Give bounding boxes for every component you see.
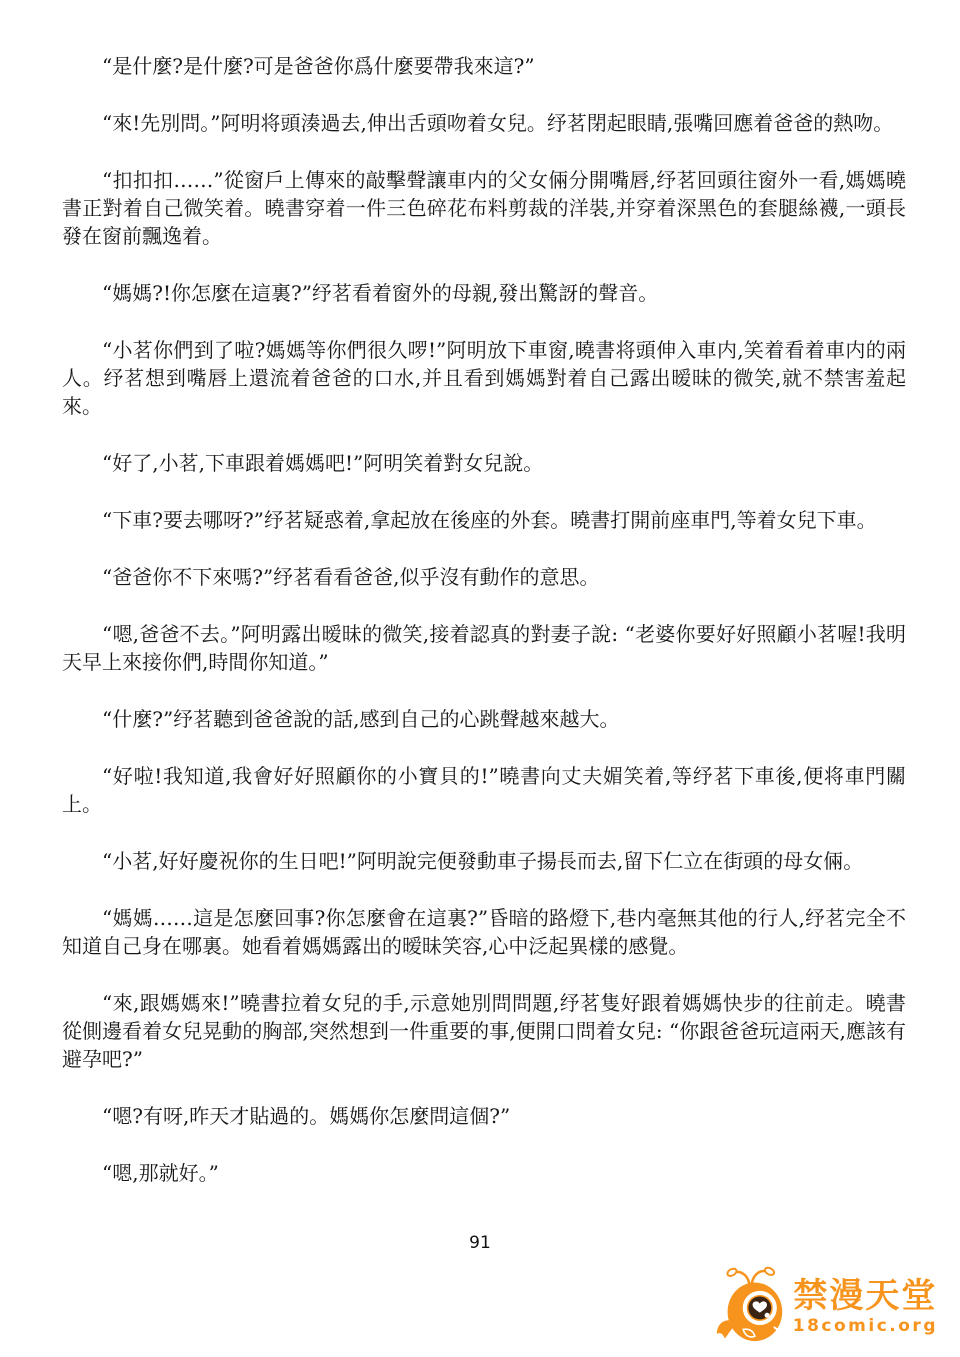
story-paragraph: “好啦!我知道,我會好好照顧你的小寶貝的!”曉書向丈夫媚笑着,等纾茗下車後,便将…	[62, 762, 906, 818]
page-number: 91	[0, 1233, 960, 1253]
story-paragraph: “扣扣扣……”從窗戶上傳來的敲擊聲讓車内的父女倆分開嘴唇,纾茗回頭往窗外一看,媽…	[62, 166, 906, 250]
story-paragraph: “媽媽?!你怎麼在這裏?”纾茗看着窗外的母親,發出驚訝的聲音。	[62, 279, 906, 307]
story-paragraph: “嗯,那就好。”	[62, 1159, 906, 1187]
watermark-site-url: 18comic.org	[793, 1316, 938, 1336]
document-page: “是什麼?是什麼?可是爸爸你爲什麼要帶我來這?” “來!先別問。”阿明将頭湊過去…	[0, 0, 960, 1357]
story-paragraph: “爸爸你不下來嗎?”纾茗看看爸爸,似乎沒有動作的意思。	[62, 563, 906, 591]
site-watermark: 禁漫天堂 18comic.org	[713, 1265, 938, 1349]
story-paragraph: “什麼?”纾茗聽到爸爸說的話,感到自己的心跳聲越來越大。	[62, 705, 906, 733]
watermark-text: 禁漫天堂 18comic.org	[793, 1279, 938, 1336]
watermark-brand: 禁漫天堂	[793, 1279, 937, 1313]
story-paragraph: “是什麼?是什麼?可是爸爸你爲什麼要帶我來這?”	[62, 52, 906, 80]
orange-whale-mascot-icon	[713, 1265, 789, 1349]
story-paragraph: “小茗你們到了啦?媽媽等你們很久啰!”阿明放下車窗,曉書将頭伸入車内,笑着看着車…	[62, 336, 906, 420]
story-paragraph: “下車?要去哪呀?”纾茗疑惑着,拿起放在後座的外套。曉書打開前座車門,等着女兒下…	[62, 506, 906, 534]
page-content: “是什麼?是什麼?可是爸爸你爲什麼要帶我來這?” “來!先別問。”阿明将頭湊過去…	[62, 52, 906, 1216]
story-paragraph: “小茗,好好慶祝你的生日吧!”阿明說完便發動車子揚長而去,留下仁立在街頭的母女倆…	[62, 847, 906, 875]
story-paragraph: “好了,小茗,下車跟着媽媽吧!”阿明笑着對女兒說。	[62, 449, 906, 477]
story-paragraph: “媽媽……這是怎麼回事?你怎麼會在這裏?”昏暗的路燈下,巷内毫無其他的行人,纾茗…	[62, 904, 906, 960]
story-paragraph: “嗯?有呀,昨天才貼過的。媽媽你怎麼問這個?”	[62, 1102, 906, 1130]
story-paragraph: “來,跟媽媽來!”曉書拉着女兒的手,示意她別問問題,纾茗隻好跟着媽媽快步的往前走…	[62, 989, 906, 1073]
story-paragraph: “嗯,爸爸不去。”阿明露出暧昧的微笑,接着認真的對妻子說: “老婆你要好好照顧小…	[62, 620, 906, 676]
story-paragraph: “來!先別問。”阿明将頭湊過去,伸出舌頭吻着女兒。纾茗閉起眼睛,張嘴回應着爸爸的…	[62, 109, 906, 137]
